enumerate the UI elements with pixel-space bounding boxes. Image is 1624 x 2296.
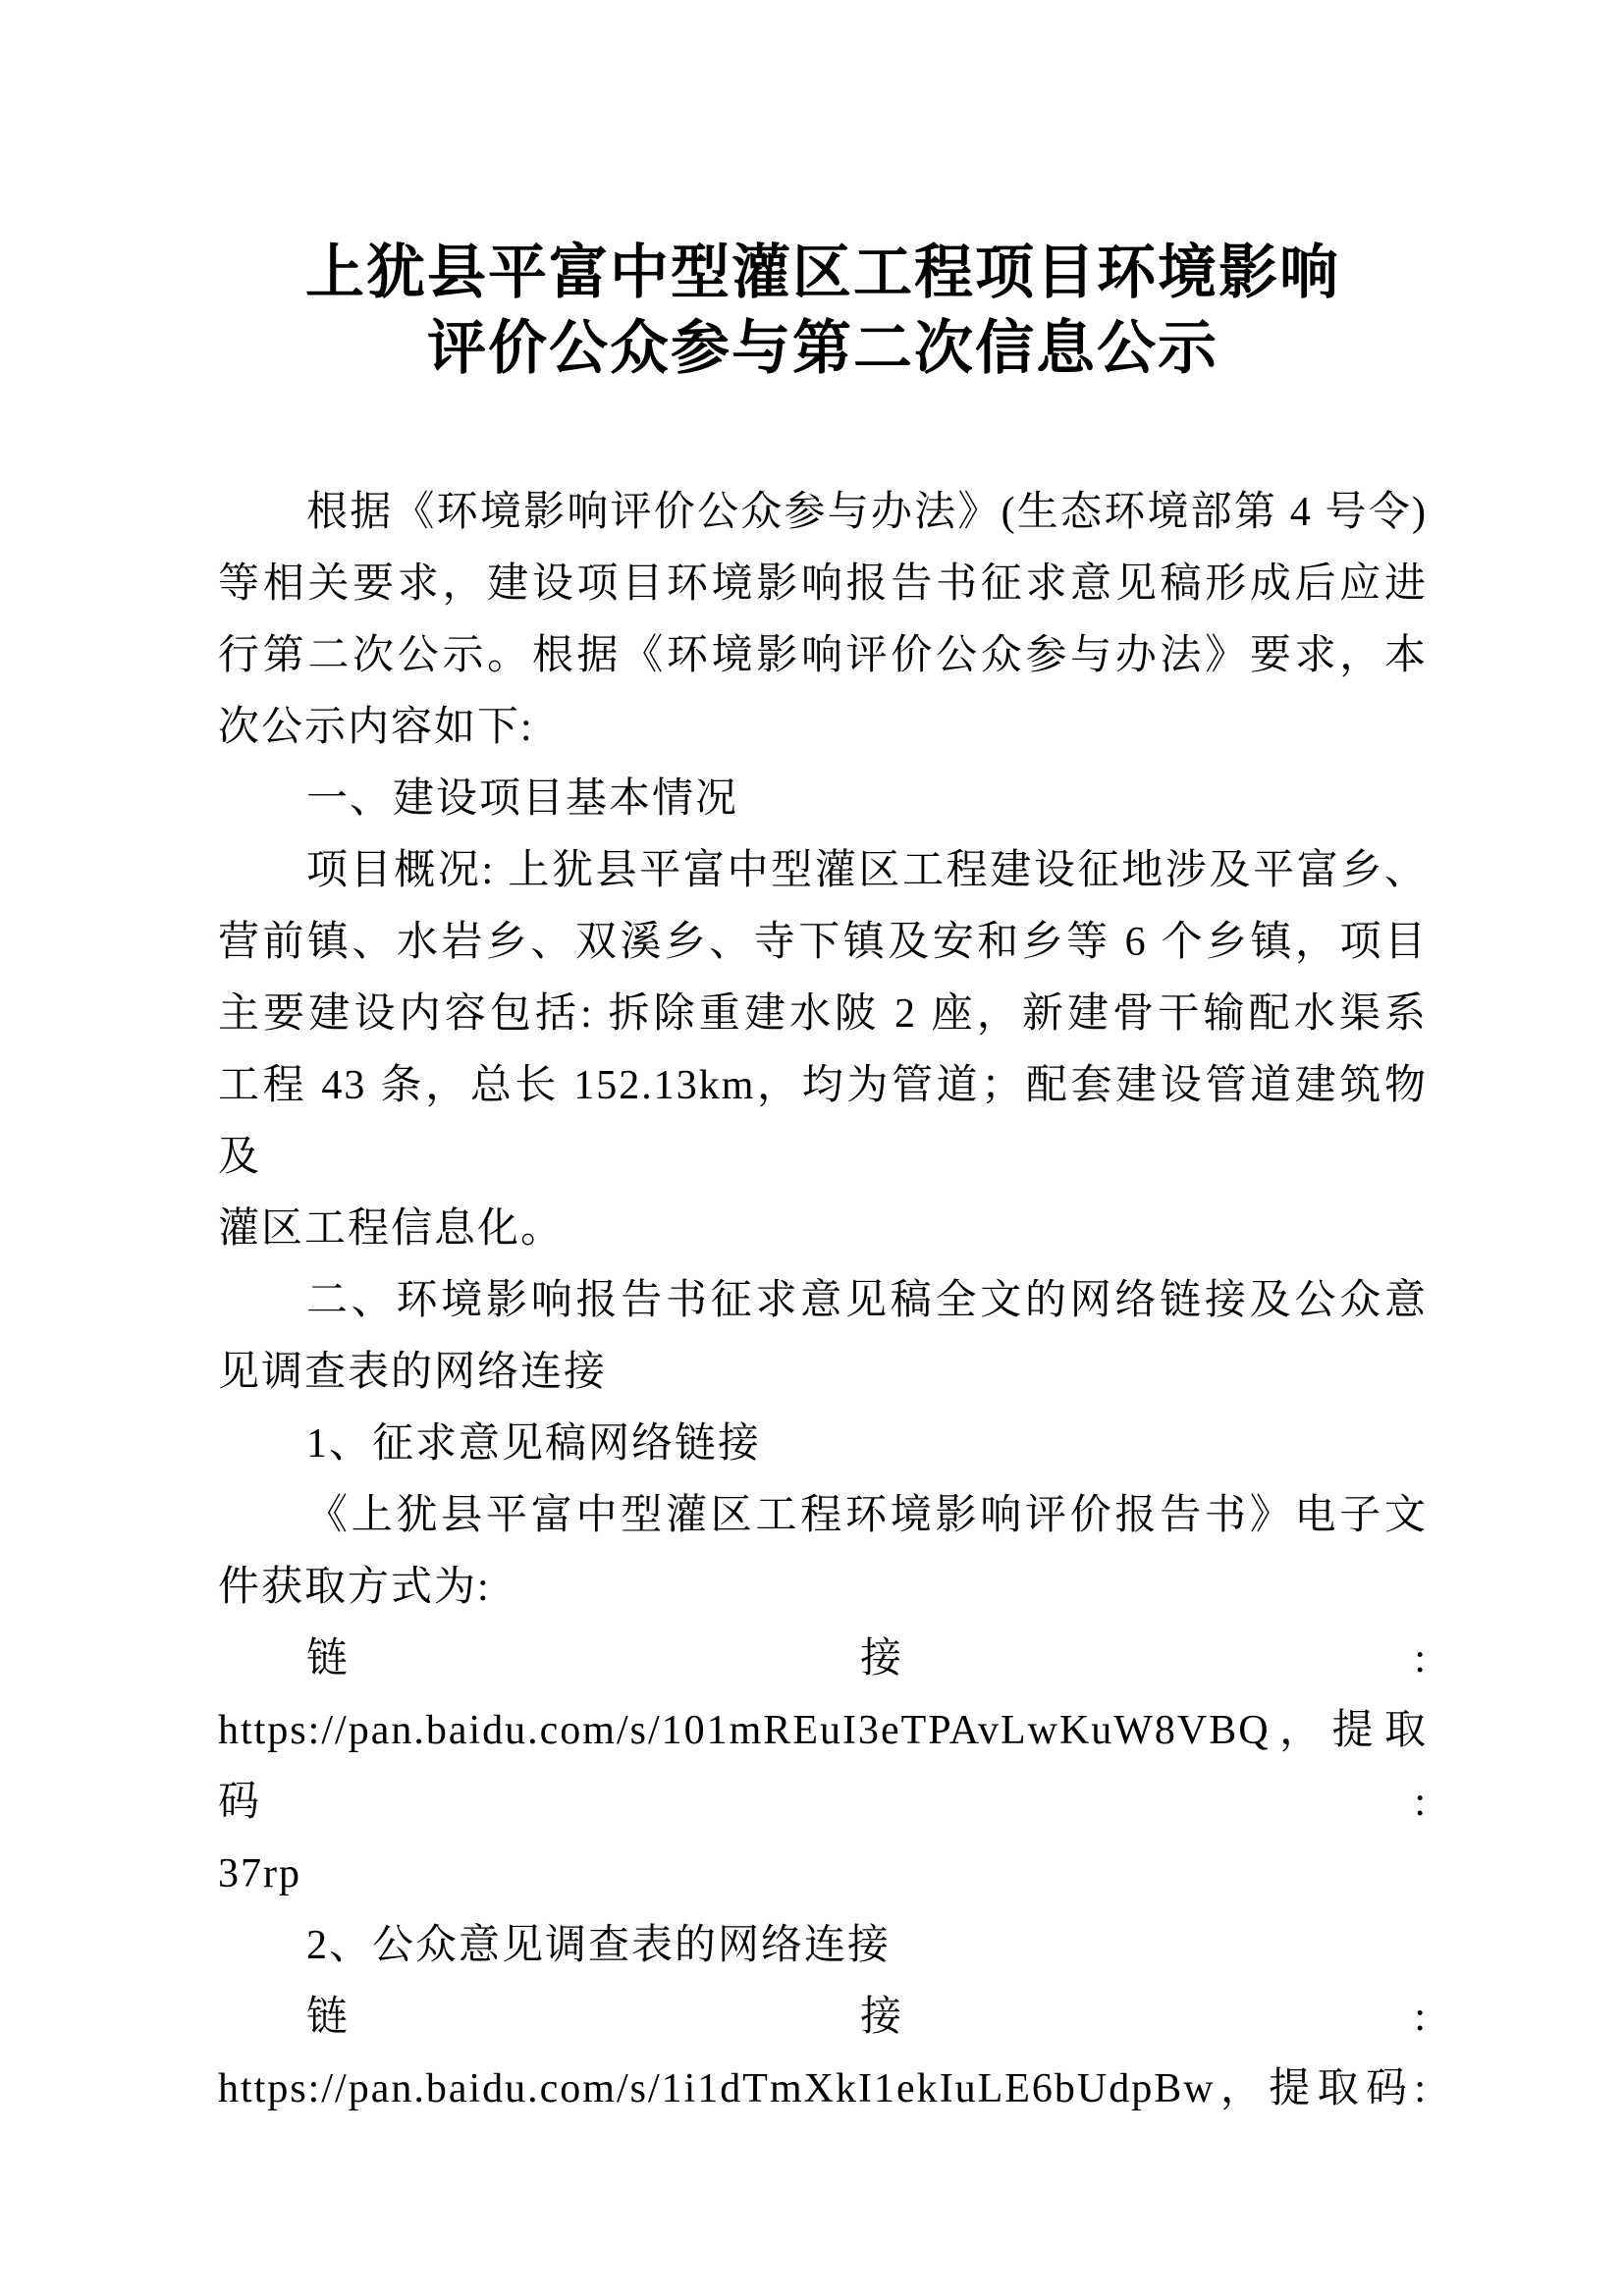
intro-line-1: 根据《环境影响评价公众参与办法》(生态环境部第 4 号令): [218, 477, 1428, 549]
project-overview-line-2: 营前镇、水岩乡、双溪乡、寺下镇及安和乡等 6 个乡镇，项目: [218, 907, 1428, 979]
survey-link-label-colon: :: [1414, 1982, 1428, 2054]
report-url-line: https://pan.baidu.com/s/101mREuI3eTPAvLw…: [218, 1695, 1428, 1839]
document-title-line-1: 上犹县平富中型灌区工程项目环境影响: [218, 236, 1428, 311]
survey-link-label-char-1: 链: [306, 1982, 350, 2054]
item-1-heading: 1、征求意见稿网络链接: [218, 1409, 1428, 1480]
report-link-label-char-2: 接: [860, 1624, 903, 1695]
project-overview-line-1: 项目概况: 上犹县平富中型灌区工程建设征地涉及平富乡、: [218, 835, 1428, 907]
document-page: 上犹县平富中型灌区工程项目环境影响 评价公众参与第二次信息公示 根据《环境影响评…: [0, 0, 1624, 2296]
report-link-label-char-1: 链: [306, 1624, 350, 1695]
report-extraction-code: 37rp: [218, 1839, 1428, 1910]
project-overview-line-3: 主要建设内容包括: 拆除重建水陂 2 座，新建骨干输配水渠系: [218, 979, 1428, 1050]
survey-link-label-char-2: 接: [860, 1982, 903, 2054]
report-link-label-line: 链 接 :: [218, 1624, 1428, 1695]
survey-link-label-line: 链 接 :: [218, 1982, 1428, 2054]
project-overview-line-4: 工程 43 条，总长 152.13km，均为管道；配套建设管道建筑物及: [218, 1050, 1428, 1194]
section-1-heading: 一、建设项目基本情况: [218, 764, 1428, 835]
section-2-heading-line-1: 二、环境影响报告书征求意见稿全文的网络链接及公众意: [218, 1265, 1428, 1337]
intro-line-3: 行第二次公示。根据《环境影响评价公众参与办法》要求，本: [218, 620, 1428, 692]
document-body: 根据《环境影响评价公众参与办法》(生态环境部第 4 号令) 等相关要求，建设项目…: [218, 477, 1428, 2125]
intro-line-2: 等相关要求，建设项目环境影响报告书征求意见稿形成后应进: [218, 549, 1428, 620]
report-title-line-2: 件获取方式为:: [218, 1552, 1428, 1624]
document-title-line-2: 评价公众参与第二次信息公示: [218, 311, 1428, 387]
document-title: 上犹县平富中型灌区工程项目环境影响 评价公众参与第二次信息公示: [218, 236, 1428, 387]
report-link-label-colon: :: [1414, 1624, 1428, 1695]
item-2-heading: 2、公众意见调查表的网络连接: [218, 1910, 1428, 1982]
intro-line-4: 次公示内容如下:: [218, 692, 1428, 764]
survey-url-line: https://pan.baidu.com/s/1i1dTmXkI1ekIuLE…: [218, 2054, 1428, 2125]
section-2-heading-line-2: 见调查表的网络连接: [218, 1337, 1428, 1409]
project-overview-line-5: 灌区工程信息化。: [218, 1194, 1428, 1265]
report-title-line-1: 《上犹县平富中型灌区工程环境影响评价报告书》电子文: [218, 1480, 1428, 1552]
